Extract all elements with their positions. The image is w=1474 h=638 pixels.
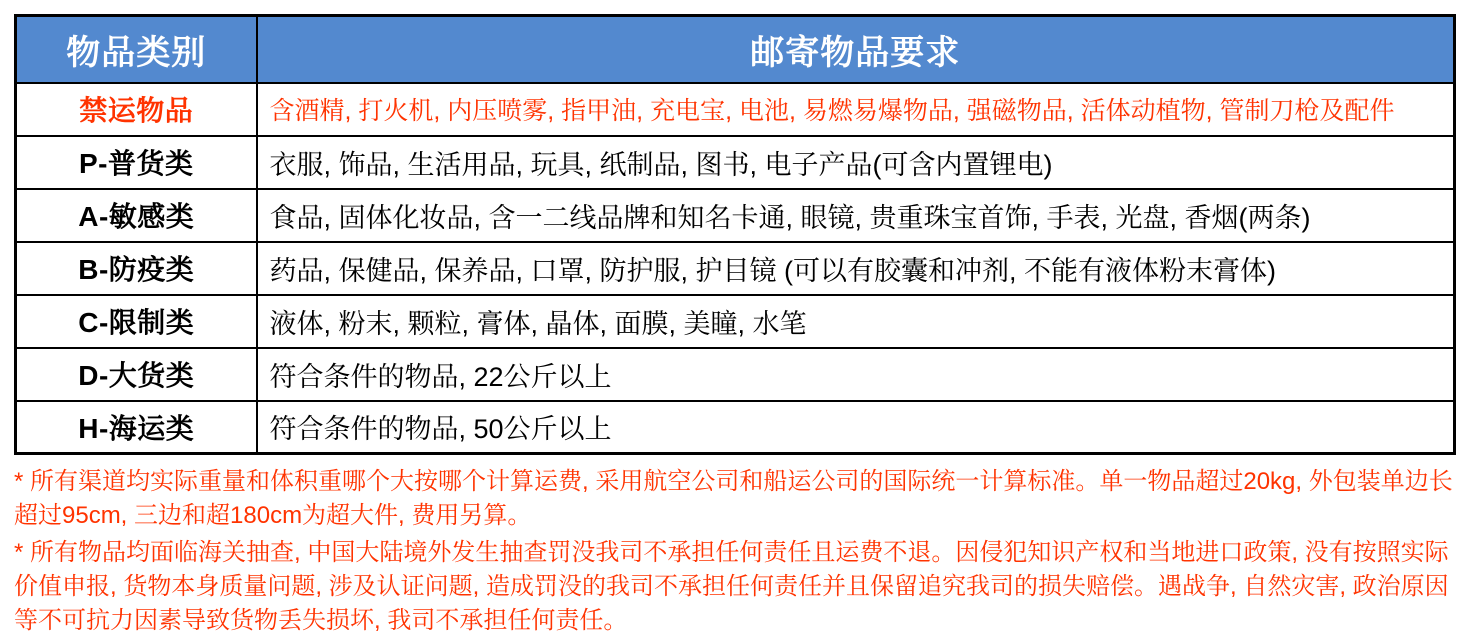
category-cell: B-防疫类 [16,242,257,295]
shipping-requirements-table: 物品类别 邮寄物品要求 禁运物品含酒精, 打火机, 内压喷雾, 指甲油, 充电宝… [14,14,1456,455]
requirement-cell: 液体, 粉末, 颗粒, 膏体, 晶体, 面膜, 美瞳, 水笔 [257,295,1455,348]
table-row: H-海运类符合条件的物品, 50公斤以上 [16,401,1455,454]
table-row: P-普货类衣服, 饰品, 生活用品, 玩具, 纸制品, 图书, 电子产品(可含内… [16,136,1455,189]
category-cell: P-普货类 [16,136,257,189]
requirement-cell: 食品, 固体化妆品, 含一二线品牌和知名卡通, 眼镜, 贵重珠宝首饰, 手表, … [257,189,1455,242]
requirement-cell: 衣服, 饰品, 生活用品, 玩具, 纸制品, 图书, 电子产品(可含内置锂电) [257,136,1455,189]
category-cell: A-敏感类 [16,189,257,242]
header-mailing-requirements: 邮寄物品要求 [257,16,1455,83]
table-row: 禁运物品含酒精, 打火机, 内压喷雾, 指甲油, 充电宝, 电池, 易燃易爆物品… [16,83,1455,136]
category-cell: H-海运类 [16,401,257,454]
requirement-cell: 含酒精, 打火机, 内压喷雾, 指甲油, 充电宝, 电池, 易燃易爆物品, 强磁… [257,83,1455,136]
table-header-row: 物品类别 邮寄物品要求 [16,16,1455,83]
header-item-category: 物品类别 [16,16,257,83]
table-row: C-限制类液体, 粉末, 颗粒, 膏体, 晶体, 面膜, 美瞳, 水笔 [16,295,1455,348]
table-body: 禁运物品含酒精, 打火机, 内压喷雾, 指甲油, 充电宝, 电池, 易燃易爆物品… [16,83,1455,454]
requirement-cell: 药品, 保健品, 保养品, 口罩, 防护服, 护目镜 (可以有胶囊和冲剂, 不能… [257,242,1455,295]
footnote: * 所有渠道均实际重量和体积重哪个大按哪个计算运费, 采用航空公司和船运公司的国… [14,465,1462,533]
table-row: D-大货类符合条件的物品, 22公斤以上 [16,348,1455,401]
category-cell: C-限制类 [16,295,257,348]
table-row: B-防疫类药品, 保健品, 保养品, 口罩, 防护服, 护目镜 (可以有胶囊和冲… [16,242,1455,295]
category-cell: D-大货类 [16,348,257,401]
shipping-requirements-page: 物品类别 邮寄物品要求 禁运物品含酒精, 打火机, 内压喷雾, 指甲油, 充电宝… [0,0,1474,638]
footnotes: * 所有渠道均实际重量和体积重哪个大按哪个计算运费, 采用航空公司和船运公司的国… [14,465,1462,638]
category-cell: 禁运物品 [16,83,257,136]
table-head: 物品类别 邮寄物品要求 [16,16,1455,83]
requirement-cell: 符合条件的物品, 22公斤以上 [257,348,1455,401]
table-row: A-敏感类食品, 固体化妆品, 含一二线品牌和知名卡通, 眼镜, 贵重珠宝首饰,… [16,189,1455,242]
footnote: * 所有物品均面临海关抽查, 中国大陆境外发生抽查罚没我司不承担任何责任且运费不… [14,536,1462,638]
requirement-cell: 符合条件的物品, 50公斤以上 [257,401,1455,454]
